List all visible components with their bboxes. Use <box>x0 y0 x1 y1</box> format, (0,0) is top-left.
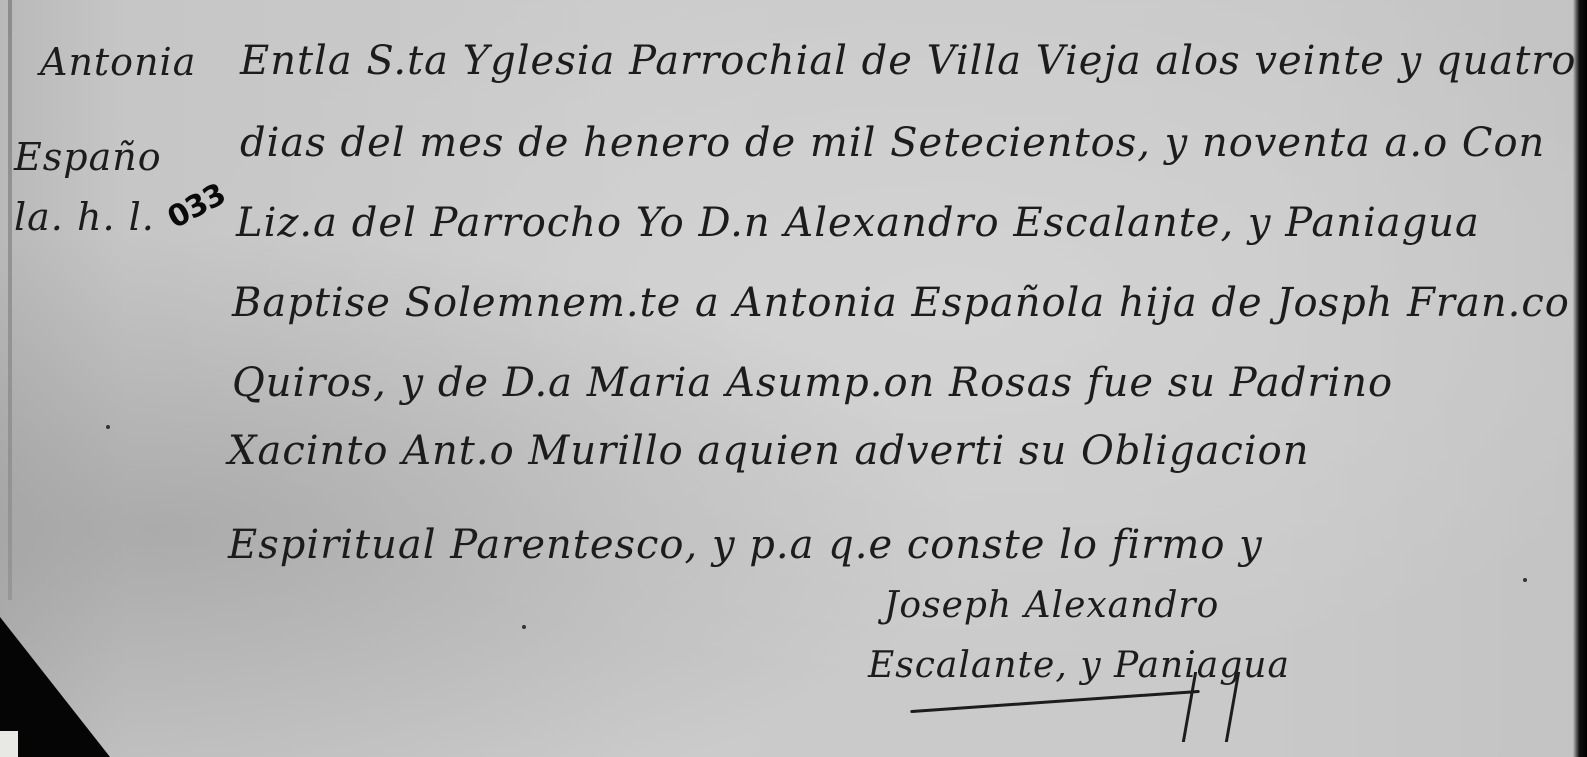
margin-note-line-1: Antonia <box>40 40 196 84</box>
page-binding-edge <box>8 0 12 600</box>
ink-speck <box>522 625 526 629</box>
record-line-3: Liz.a del Parrocho Yo D.n Alexandro Esca… <box>236 200 1480 246</box>
record-line-1: Entla S.ta Yglesia Parrochial de Villa V… <box>240 38 1576 84</box>
margin-note-line-3: la. h. l. <box>14 195 155 239</box>
signature-line-1: Joseph Alexandro <box>884 585 1219 626</box>
record-line-6: Xacinto Ant.o Murillo aquien adverti su … <box>228 428 1309 474</box>
record-line-5: Quiros, y de D.a Maria Asump.on Rosas fu… <box>232 360 1393 406</box>
manuscript-page: Antonia Españo la. h. l. 033 Entla S.ta … <box>0 0 1587 757</box>
signature-rubric-stroke <box>910 690 1200 713</box>
ink-speck <box>1523 578 1527 582</box>
corner-background <box>0 731 18 757</box>
page-right-border <box>1573 0 1587 757</box>
ink-speck <box>106 425 110 429</box>
record-line-2: dias del mes de henero de mil Seteciento… <box>240 120 1545 166</box>
margin-note-line-2: Españo <box>14 135 162 179</box>
record-line-7: Espiritual Parentesco, y p.a q.e conste … <box>228 522 1263 568</box>
record-line-4: Baptise Solemnem.te a Antonia Española h… <box>232 280 1570 326</box>
folio-number-stamp: 033 <box>162 177 231 236</box>
